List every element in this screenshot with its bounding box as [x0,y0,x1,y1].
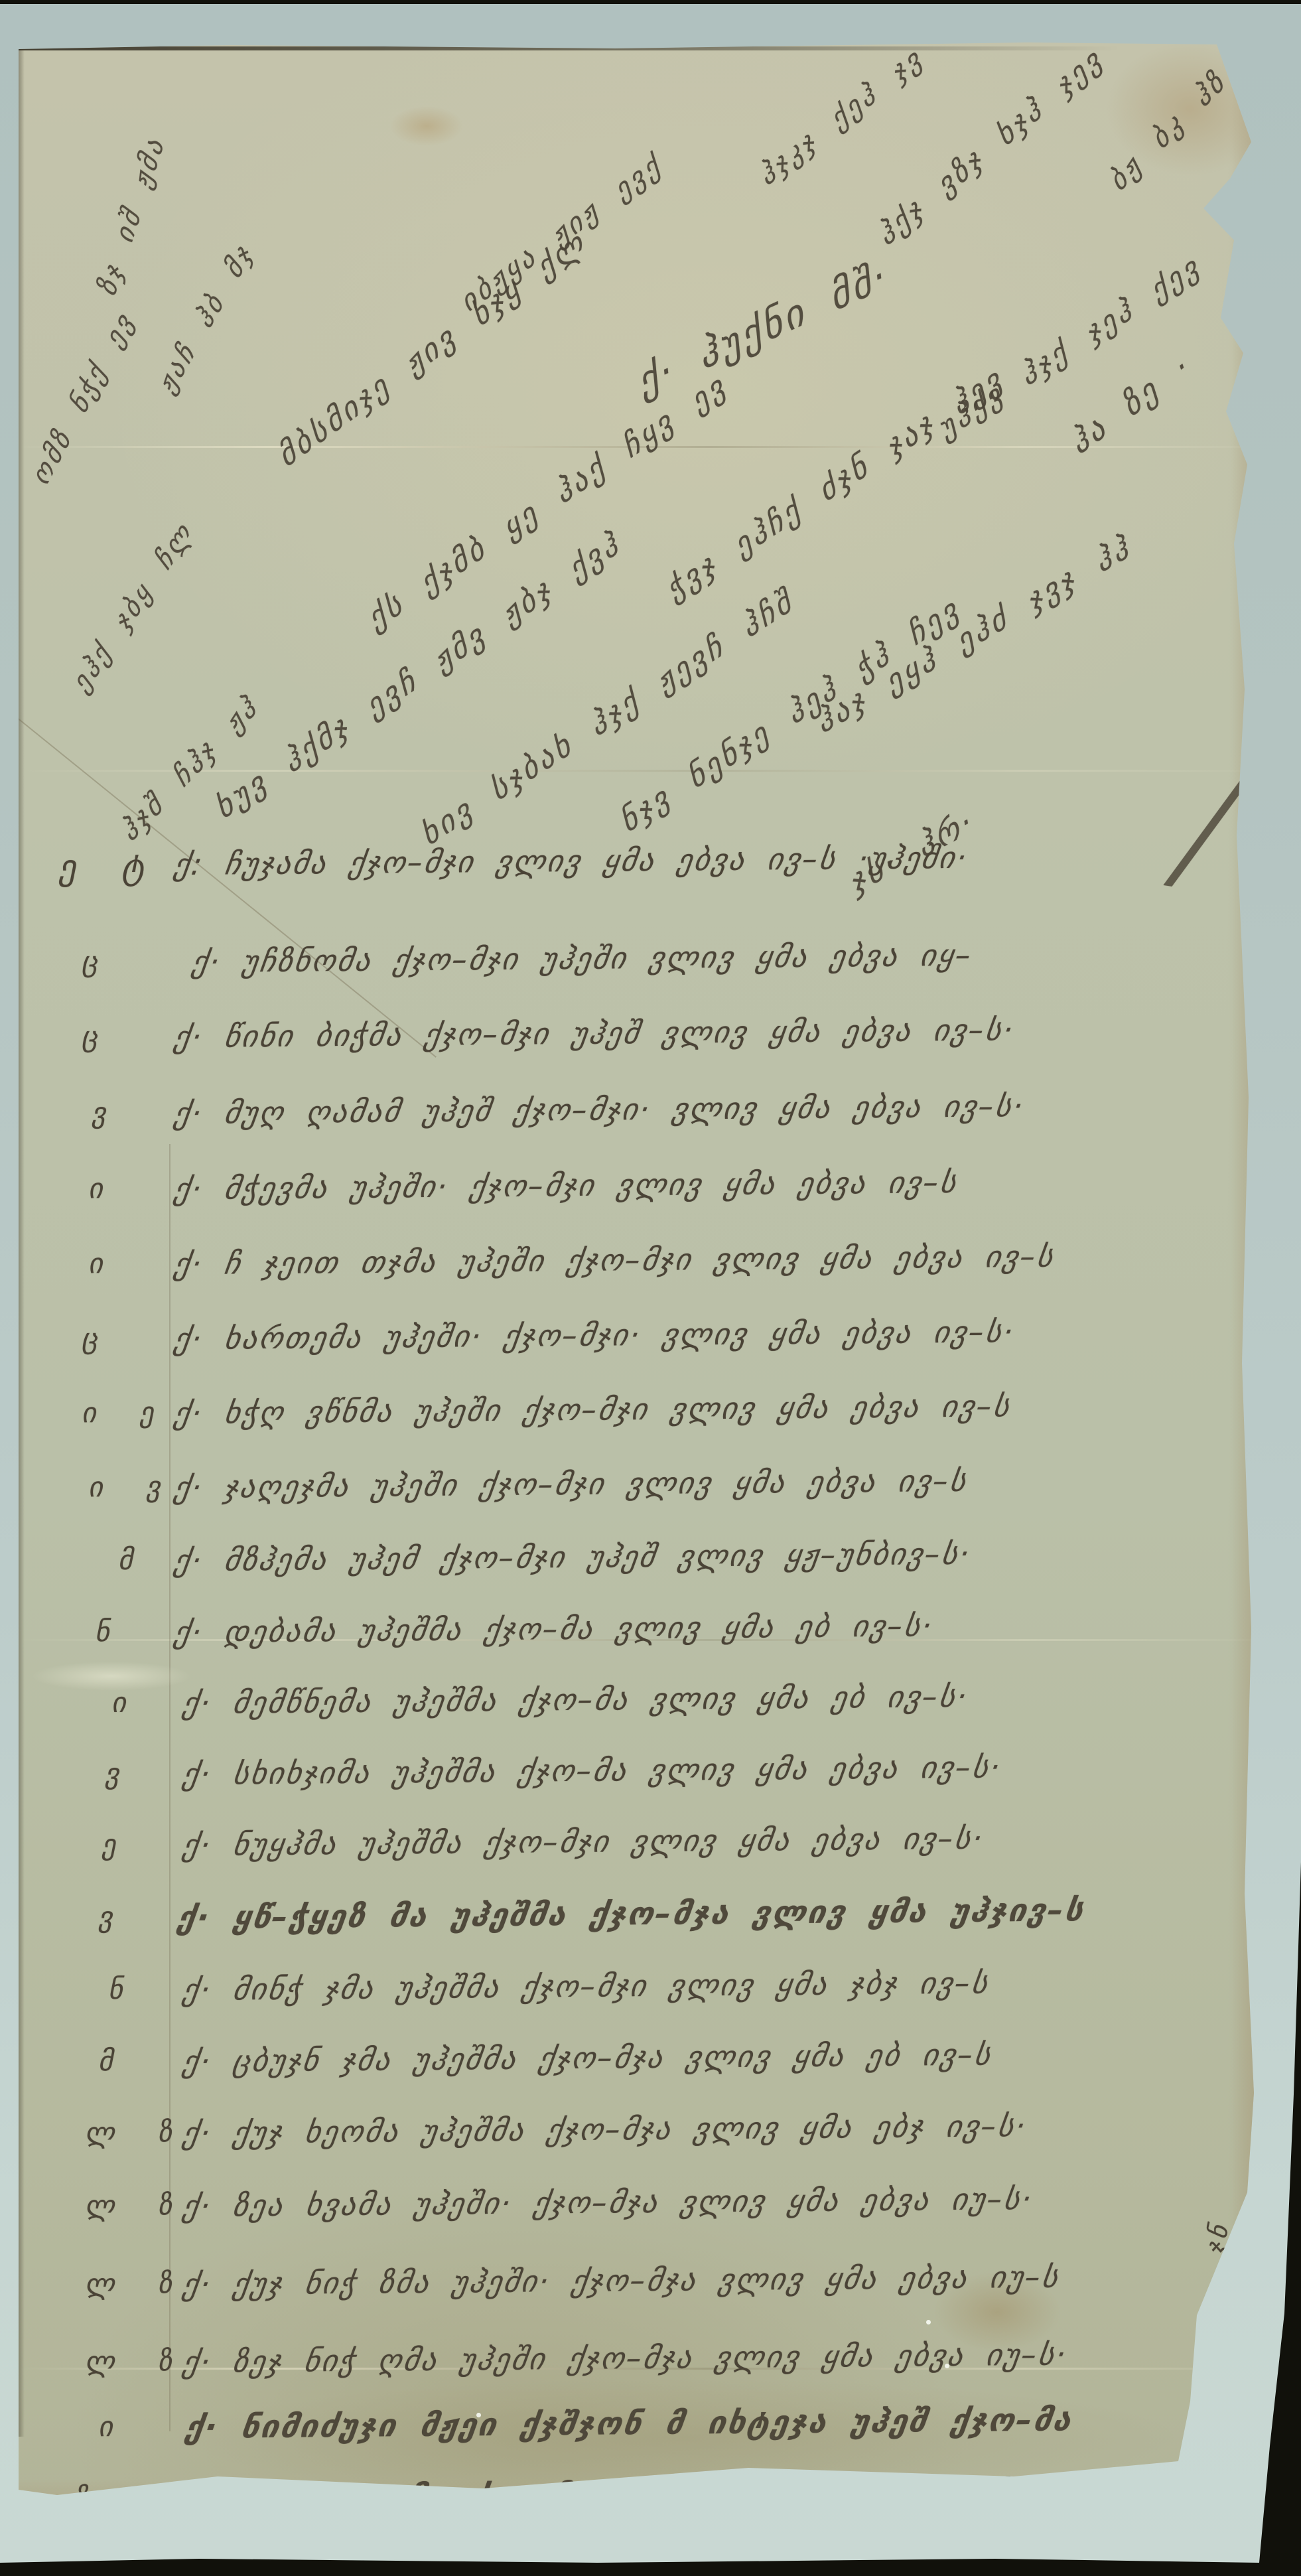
ledger-row: ვქ· ყწ–ჭყეზ მა უჰეშმა ქჯო–მჯა ვლივ ყმა უ… [19,1891,1274,1962]
ledger-row: მქ· ცბუჯნ ჯმა უჰეშმა ქჯო–მჯა ვლივ ყმა ებ… [19,2035,1274,2106]
diagonal-note-line: ნჯვ ნენჯე ჰეჰ ჭჰ ჩევ [612,591,967,839]
ledger-row: ვქ· მუღ ღამამ უჰეშ ქჯო–მჯი· ვლივ ყმა ებვ… [19,1086,1274,1157]
row-number: მ [118,1543,150,1576]
row-number: ე ტ [58,847,161,887]
row-text: ქ· ნუყჰმა უჰეშმა ქჯო–მჯი ვლივ ყმა ებვა ი… [180,1821,987,1863]
ledger-row: ი ექ· ხჭღ ვწნმა უჰეში ქჯო–მჯი ვლივ ყმა ე… [19,1386,1274,1457]
paper-sheet: ზჯ იშ ჟმა ომზ ნჭქ ევ ეჰქ ჯბყ ჩლ ჟაჩ ჰბ მ… [19,42,1274,2527]
row-number: ვ [92,1096,123,1129]
ledger-row: ი ვქ· ჯაღეჯმა უჰეში ქჯო–მჯი ვლივ ყმა ებვ… [19,1461,1274,1532]
diagonal-note-line: იბჟყა ჟიჟ ევქ [454,149,669,318]
row-number: ლ ზ [85,2344,189,2378]
row-text: ქ· დებამა უჰეშმა ქჯო–მა ვლივ ყმა ებ ივ–ს… [172,1608,936,1650]
row-text: ქ· ხჭღ ვწნმა უჰეში ქჯო–მჯი ვლივ ყმა ებვა… [172,1388,1014,1431]
handwritten-text: ჰაჯ ეყჰ ეჰძ ჯვჯ ჰჰ [811,528,1136,741]
handwritten-text: ჰჯკჯ ქეჰ ჯვ [753,40,929,192]
row-text: ქ· ყწ–ჭყეზ მა უჰეშმა ქჯო–მჯა ვლივ ყმა უჰ… [175,1892,1087,1936]
row-number: ც [82,1020,115,1052]
row-text: ქ· ნიმიძუჯი მჟეი ქჯშჯონ მ იხტეჯა უჰეშ ქჯ… [183,2401,1075,2446]
row-number: მ [98,2044,130,2077]
row-text: ქ· მზჰემა უჰემ ქჯო–მჯი უჰეშ ვლივ ყჟ–უნბი… [172,1536,973,1579]
row-number: ი [88,1247,120,1279]
handwritten-text: ეჰქ ჯბყ ჩლ [67,516,200,698]
row-text: ქ· ჯაღეჯმა უჰეში ქჯო–მჯი ვლივ ყმა ებვა ი… [172,1463,971,1506]
ledger-row: მქ· მზჰემა უჰემ ქჯო–მჯი უჰეშ ვლივ ყჟ–უნბ… [19,1534,1274,1605]
ledger-row: იქ· მემწნემა უჰეშმა ქჯო–მა ვლივ ყმა ებ ი… [19,1676,1274,1747]
stain [390,106,463,146]
handwritten-text: ომზ ნჭქ ევ [26,305,141,491]
row-number: ი ვ [88,1470,178,1503]
row-number: ი [88,1172,120,1204]
row-number: ი [98,2410,130,2443]
row-number: ი [111,1686,143,1719]
ledger-row: ექ· ნუყჰმა უჰეშმა ქჯო–მჯი ვლივ ყმა ებვა … [19,1818,1274,1889]
row-number: ნ [108,1973,140,2005]
row-number: ლ ზ [85,2267,189,2300]
diagonal-note-line: უჰქვ ჰჯქ ჯეჰ ქევ [931,250,1207,445]
row-text: ქ· მემწნემა უჰეშმა ქჯო–მა ვლივ ყმა ებ ივ… [180,1679,971,1721]
ledger-row: ვქ· სხიხჯიმა უჰეშმა ქჯო–მა ვლივ ყმა ებვა… [19,1747,1274,1818]
row-text: ქ· ცბუჯნ ჯმა უჰეშმა ქჯო–მჯა ვლივ ყმა ებ … [180,2037,995,2079]
ledger-row: ცქ· ხართემა უჰეში· ქჯო–მჯი· ვლივ ყმა ებვ… [19,1312,1274,1383]
scanned-manuscript: { "colors":{"scan_background":"#11110b",… [0,0,1301,2576]
ledger-row: ცქ· წინი ბიჭმა ქჯო–მჯი უჰეშ ვლივ ყმა ებვ… [19,1010,1274,1081]
row-number: ვ [98,1900,130,1933]
ledger-row: ლ ზქ· ქუჯ ხეომა უჰეშმა ქჯო–მჯა ვლივ ყმა … [19,2106,1274,2177]
diagonal-note-line: ომზ ნჭქ ევ [25,307,141,490]
diagonal-note-line: ქ· ჰუქნი მშ· [630,252,896,404]
row-text: ქ· მუღ ღამამ უჰეშ ქჯო–მჯი· ვლივ ყმა ებვა… [172,1088,1027,1131]
row-number: ც [82,945,115,977]
diagonal-note-line: ჰჯშ ჩჰჯ ჟჰ [113,690,265,847]
handwritten-text: ჟაჩ ჰბ მჯ [152,238,259,399]
diagonal-note-line: ეჰქ ჯბყ ჩლ [66,517,200,697]
ledger-row: იქ· მჭევმა უჰეში· ქჯო–მჯი ვლივ ყმა ებვა … [19,1162,1274,1233]
diagonal-note-line: ჰჯკჯ ქეჰ ჯვ [752,41,930,190]
handwritten-text: ქ· ჰუქნი მშ· [632,251,894,405]
row-text: ქ: ჩუჯამა ქჯო–მჯი ვლივ ყმა ებვა ივ–ს ·უჰ… [172,840,971,883]
handwritten-text: ზჯ იშ ჟმა [92,131,171,300]
ledger-row: ნქ· დებამა უჰეშმა ქჯო–მა ვლივ ყმა ებ ივ–… [19,1605,1274,1676]
diagonal-note-line: ჰა ზე · [1063,348,1199,461]
row-text: ქ· უჩზნომა ქჯო–მჯი უჰეში ვლივ ყმა ებვა ი… [190,938,975,979]
row-number: ლ ზ [85,2188,189,2222]
speck [926,2320,931,2325]
ledger-row: ცქ· უჩზნომა ქჯო–მჯი უჰეში ვლივ ყმა ებვა … [19,935,1274,1006]
row-text: ქ· ჩ ჯეით თჯმა უჰეში ქჯო–მჯი ვლივ ყმა ებ… [172,1239,1058,1282]
handwritten-text: ჰჯშ ჩჰჯ ჟჰ [114,689,264,848]
handwritten-text: ნჯვ ნენჯე ჰეჰ ჭჰ ჩევ [614,589,966,839]
row-number: ლ ზ [85,2115,189,2149]
handwritten-text: ჰა ზე · [1064,346,1197,463]
ledger-row: ლ ზქ· ზეჯ ნიჭ ღმა უჰეში ქჯო–მჯა ვლივ ყმა… [19,2335,1274,2406]
row-number: ი ე [82,1395,171,1429]
diagonal-note-line: ჟაჩ ჰბ მჯ [151,239,260,397]
handwritten-text: იბჟყა ჟიჟ ევქ [455,147,667,319]
row-number: ვ [105,1757,137,1790]
ledger-row: ნქ· მინჭ ჯმა უჰეშმა ქჯო–მჯი ვლივ ყმა ჯბჯ… [19,1963,1274,2034]
row-text: ქ· მინჭ ჯმა უჰეშმა ქჯო–მჯი ვლივ ყმა ჯბჯ … [180,1965,992,2007]
diagonal-note-line: ზჯ იშ ჟმა [92,133,171,299]
row-text: ქ· სხიხჯიმა უჰეშმა ქჯო–მა ვლივ ყმა ებვა … [180,1749,1004,1792]
row-text: ქ· ზეა ხვამა უჰეში· ქჯო–მჯა ვლივ ყმა ებვ… [180,2181,1036,2224]
ledger-row: იქ· ნიმიძუჯი მჟეი ქჯშჯონ მ იხტეჯა უჰეშ ქ… [19,2400,1274,2471]
row-text: ქ· ზეჯ ნიჭ ღმა უჰეში ქჯო–მჯა ვლივ ყმა ებ… [180,2336,1070,2380]
row-text: ქ· ქუჯ ხეომა უჰეშმა ქჯო–მჯა ვლივ ყმა ებჯ… [180,2108,1030,2151]
ledger-row: ლ ზქ· ქუჯ ნიჭ ზმა უჰეში· ქჯო–მჯა ვლივ ყმ… [19,2257,1274,2328]
ledger-row: ე ტქ: ჩუჯამა ქჯო–მჯი ვლივ ყმა ებვა ივ–ს … [19,837,1274,908]
handwritten-text: უჰქვ ჰჯქ ჯეჰ ქევ [933,248,1206,447]
row-text: ქ· ხართემა უჰეში· ქჯო–მჯი· ვლივ ყმა ებვა… [172,1314,1018,1356]
row-text: ქ· ქუჯ ნიჭ ზმა უჰეში· ქჯო–მჯა ვლივ ყმა ე… [180,2259,1062,2303]
row-number: ნ [95,1615,127,1648]
row-number: ე [102,1828,133,1861]
row-number: ც [82,1322,115,1354]
row-text: ქ· წინი ბიჭმა ქჯო–მჯი უჰეშ ვლივ ყმა ებვა… [172,1012,1017,1054]
ledger-row: იქ· ჩ ჯეით თჯმა უჰეში ქჯო–მჯი ვლივ ყმა ე… [19,1237,1274,1308]
diagonal-note-line: ჰაჯ ეყჰ ეჰძ ჯვჯ ჰჰ [809,529,1138,739]
row-text: ქ· მჭევმა უჰეში· ქჯო–მჯი ვლივ ყმა ებვა ი… [172,1165,961,1206]
ledger-row: ლ ზქ· ზეა ხვამა უჰეში· ქჯო–მჯა ვლივ ყმა … [19,2179,1274,2250]
